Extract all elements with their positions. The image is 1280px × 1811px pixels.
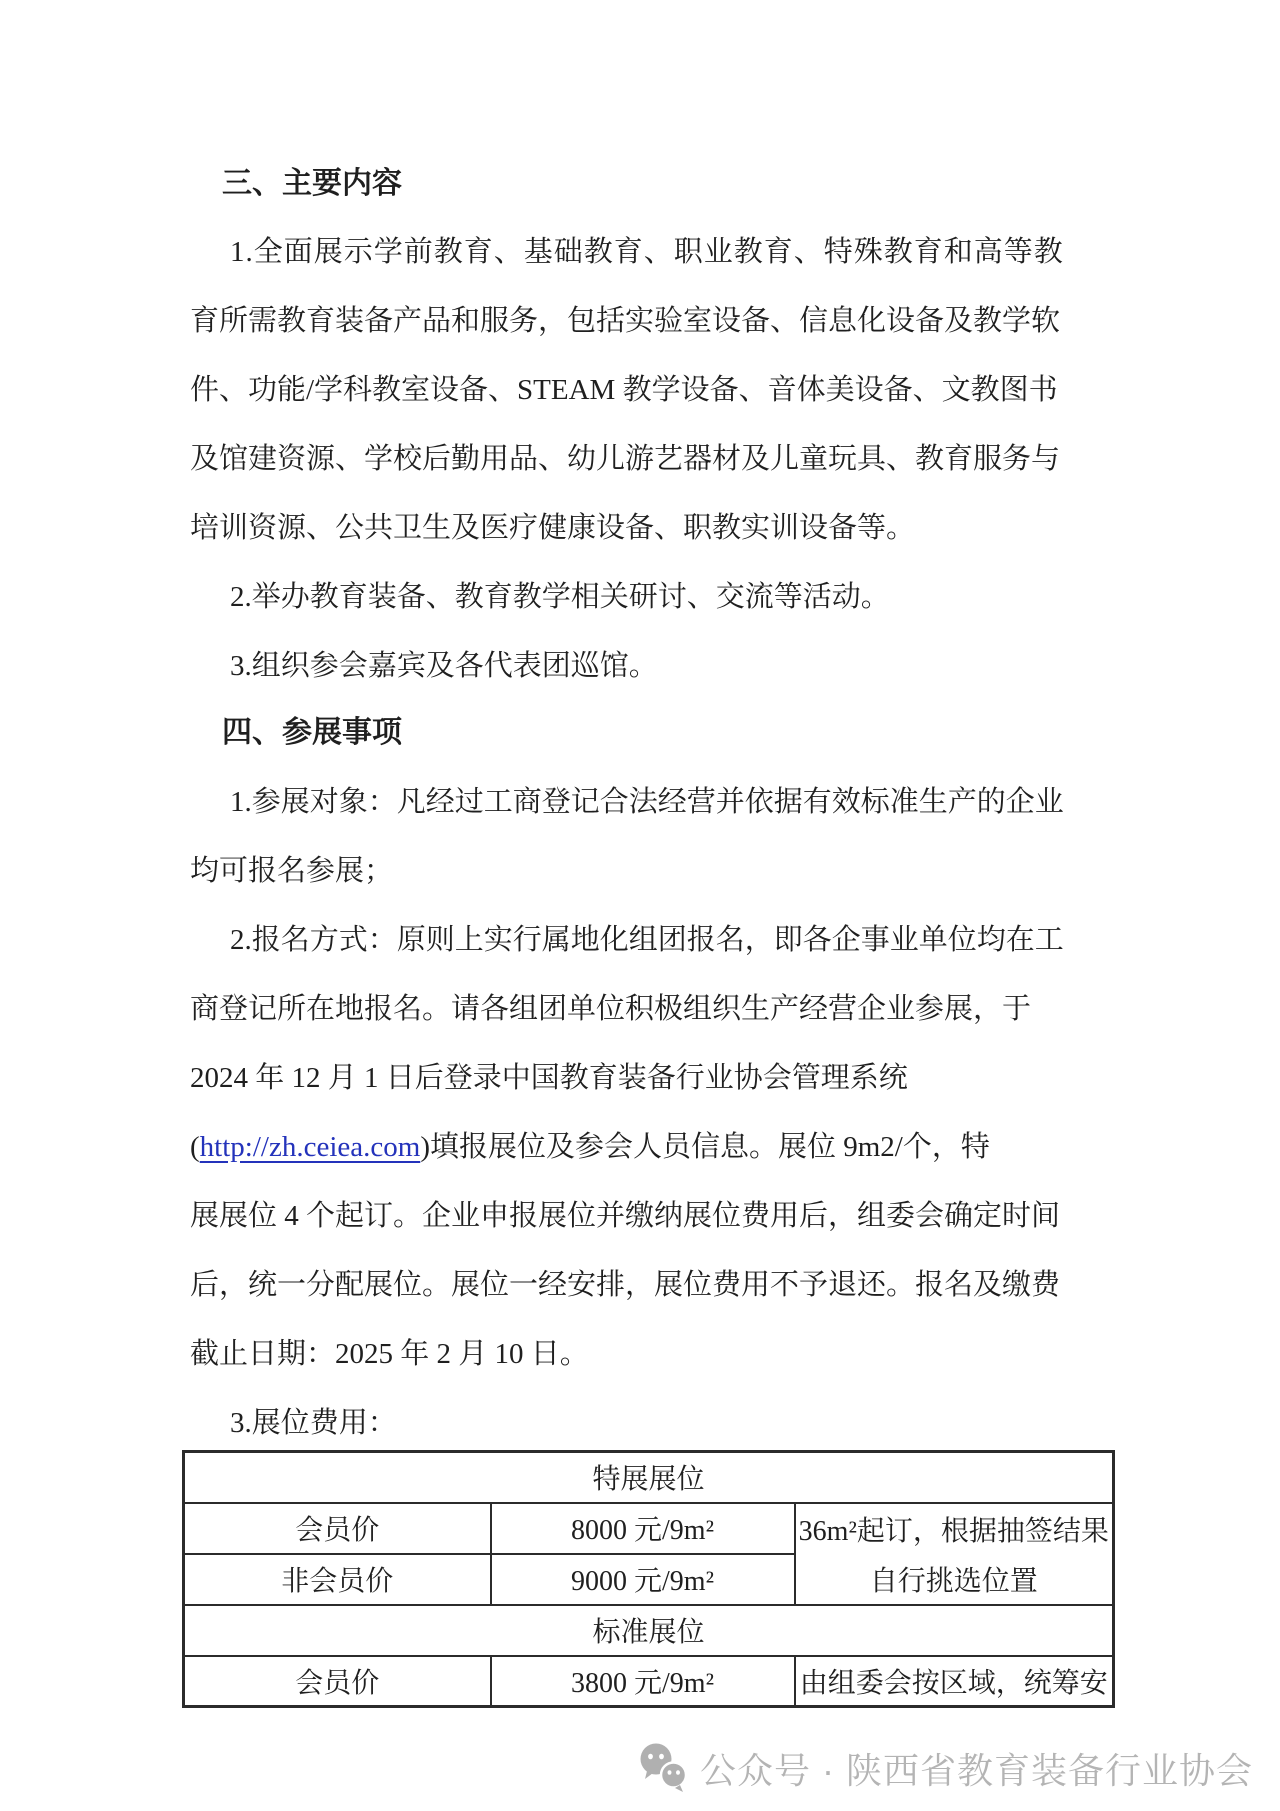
url-line-rest: )填报展位及参会人员信息。展位 9m2/个，特 bbox=[420, 1131, 990, 1163]
body-line: 2024 年 12 月 1 日后登录中国教育装备行业协会管理系统 bbox=[190, 1059, 908, 1097]
special-booth-note: 36m²起订，根据抽签结果 自行挑选位置 bbox=[795, 1503, 1114, 1605]
std-member-price-label: 会员价 bbox=[184, 1656, 491, 1707]
std-member-price-value: 3800 元/9m² bbox=[491, 1656, 795, 1707]
table-row: 会员价 3800 元/9m² 由组委会按区域，统筹安 bbox=[184, 1656, 1114, 1707]
member-price-value: 8000 元/9m² bbox=[491, 1503, 795, 1554]
body-line: 展展位 4 个起订。企业申报展位并缴纳展位费用后，组委会确定时间 bbox=[190, 1197, 1060, 1235]
body-line: 育所需教育装备产品和服务，包括实验室设备、信息化设备及教学软 bbox=[190, 302, 1060, 340]
nonmember-price-value: 9000 元/9m² bbox=[491, 1554, 795, 1605]
ceiea-system-link[interactable]: http://zh.ceiea.com bbox=[200, 1131, 421, 1163]
paren-open: ( bbox=[190, 1131, 200, 1163]
body-line: 截止日期：2025 年 2 月 10 日。 bbox=[190, 1335, 589, 1373]
table-header-standard-booth: 标准展位 bbox=[184, 1605, 1114, 1656]
body-line: 商登记所在地报名。请各组团单位积极组织生产经营企业参展，于 bbox=[190, 990, 1031, 1028]
body-line: 3.组织参会嘉宾及各代表团巡馆。 bbox=[230, 647, 658, 685]
special-booth-note-line2: 自行挑选位置 bbox=[796, 1554, 1113, 1604]
body-line: 培训资源、公共卫生及医疗健康设备、职教实训设备等。 bbox=[190, 509, 915, 547]
booth-fee-table: 特展展位 会员价 8000 元/9m² 36m²起订，根据抽签结果 自行挑选位置… bbox=[182, 1450, 1115, 1708]
body-line: 件、功能/学科教室设备、STEAM 教学设备、音体美设备、文教图书 bbox=[190, 371, 1058, 409]
table-row: 会员价 8000 元/9m² 36m²起订，根据抽签结果 自行挑选位置 bbox=[184, 1503, 1114, 1554]
document-page: 三、主要内容 1.全面展示学前教育、基础教育、职业教育、特殊教育和高等教 育所需… bbox=[0, 0, 1280, 1811]
body-line: 均可报名参展； bbox=[190, 852, 393, 890]
watermark-text: 公众号 · 陕西省教育装备行业协会 bbox=[700, 1743, 1253, 1794]
nonmember-price-label: 非会员价 bbox=[184, 1554, 491, 1605]
standard-booth-note: 由组委会按区域，统筹安 bbox=[795, 1656, 1114, 1707]
body-line: 1.参展对象：凡经过工商登记合法经营并依据有效标准生产的企业 bbox=[230, 783, 1064, 821]
body-line: 后，统一分配展位。展位一经安排，展位费用不予退还。报名及缴费 bbox=[190, 1266, 1060, 1304]
body-line: 2.报名方式：原则上实行属地化组团报名，即各企事业单位均在工 bbox=[230, 921, 1064, 959]
body-line: 1.全面展示学前教育、基础教育、职业教育、特殊教育和高等教 bbox=[230, 233, 1064, 271]
table-header-special-booth: 特展展位 bbox=[184, 1452, 1114, 1503]
wechat-icon bbox=[636, 1741, 690, 1795]
registration-url-line: (http://zh.ceiea.com)填报展位及参会人员信息。展位 9m2/… bbox=[190, 1128, 990, 1166]
body-line: 及馆建资源、学校后勤用品、幼儿游艺器材及儿童玩具、教育服务与 bbox=[190, 440, 1060, 478]
booth-fee-label: 3.展位费用： bbox=[230, 1404, 397, 1442]
section-heading-main-content: 三、主要内容 bbox=[222, 165, 402, 203]
member-price-label: 会员价 bbox=[184, 1503, 491, 1554]
body-line: 2.举办教育装备、教育教学相关研讨、交流等活动。 bbox=[230, 578, 890, 616]
watermark: 公众号 · 陕西省教育装备行业协会 bbox=[636, 1740, 1253, 1796]
section-heading-exhibition-matters: 四、参展事项 bbox=[222, 714, 402, 752]
special-booth-note-line1: 36m²起订，根据抽签结果 bbox=[796, 1504, 1113, 1554]
